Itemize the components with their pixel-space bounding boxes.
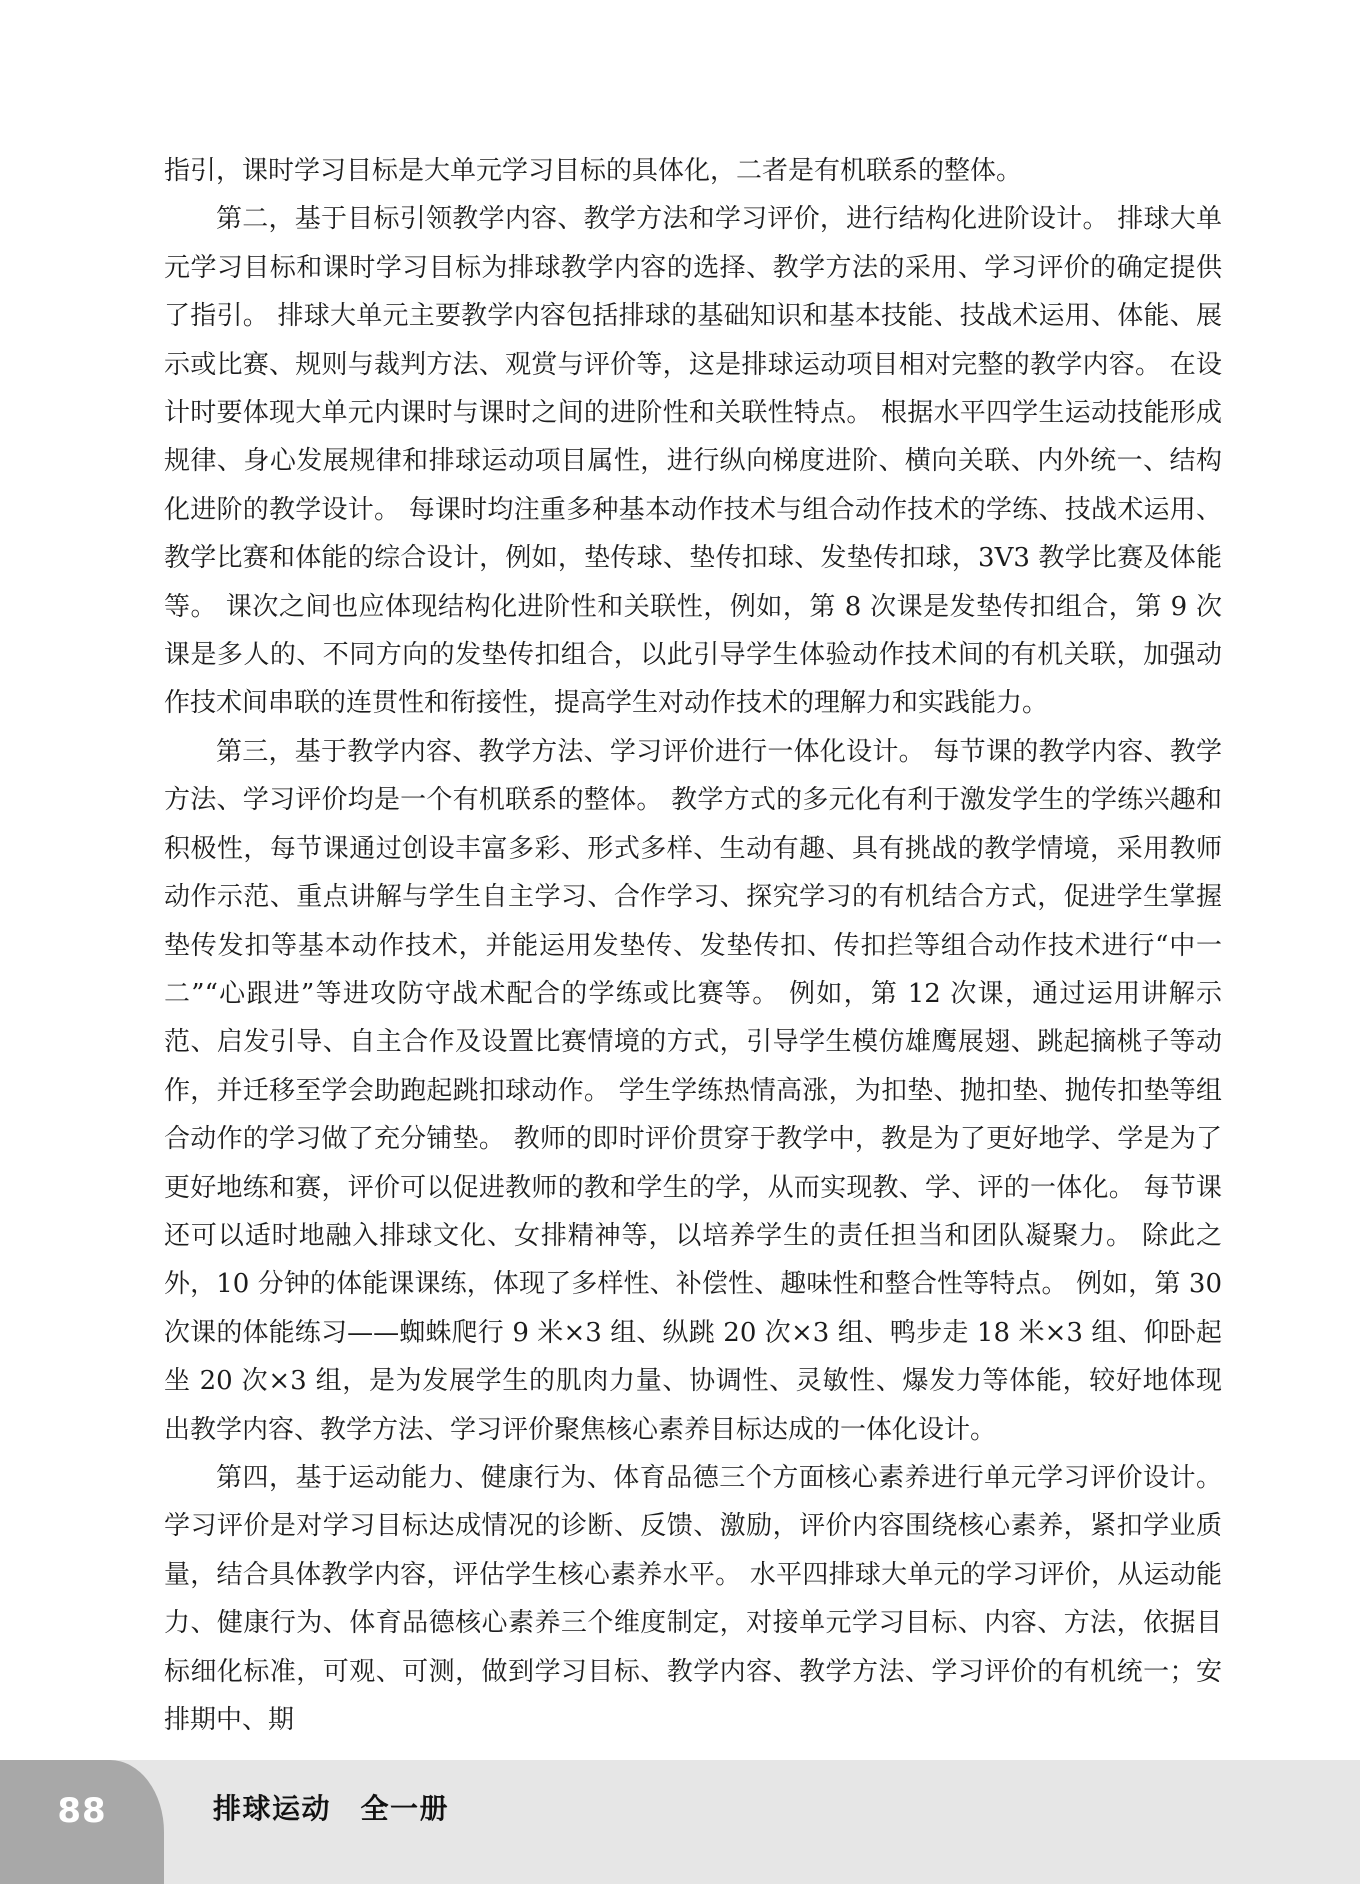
paragraph-third-point: 第三，基于教学内容、教学方法、学习评价进行一体化设计。 每节课的教学内容、教学方… bbox=[164, 728, 1222, 1454]
book-title: 排球运动 全一册 bbox=[213, 1793, 449, 1825]
page-footer: 88 排球运动 全一册 bbox=[0, 1760, 1360, 1884]
textbook-page: 指引，课时学习目标是大单元学习目标的具体化，二者是有机联系的整体。 第二，基于目… bbox=[0, 0, 1360, 1884]
paragraph-continuation: 指引，课时学习目标是大单元学习目标的具体化，二者是有机联系的整体。 bbox=[164, 147, 1222, 195]
paragraph-fourth-point: 第四，基于运动能力、健康行为、体育品德三个方面核心素养进行单元学习评价设计。 学… bbox=[164, 1454, 1222, 1744]
page-number-badge: 88 bbox=[0, 1760, 164, 1884]
page-number: 88 bbox=[57, 1791, 106, 1831]
paragraph-second-point: 第二，基于目标引领教学内容、教学方法和学习评价，进行结构化进阶设计。 排球大单元… bbox=[164, 195, 1222, 727]
document-body: 指引，课时学习目标是大单元学习目标的具体化，二者是有机联系的整体。 第二，基于目… bbox=[164, 147, 1222, 1744]
